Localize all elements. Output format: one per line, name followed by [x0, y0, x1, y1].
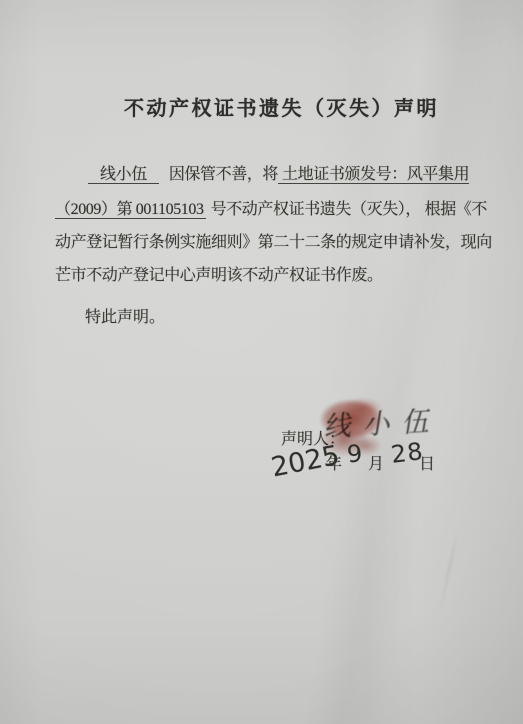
closing-statement: 特此声明。 [85, 304, 165, 327]
body-line-3: 动产登记暂行条例实施细则》第二十二条的规定申请补发，现向 [55, 229, 492, 252]
handwritten-month: 9 [346, 439, 364, 468]
body-line-4: 芒市不动产登记中心声明该不动产权证书作废。 [55, 262, 383, 285]
document-title: 不动产权证书遗失（灭失）声明 [40, 92, 523, 121]
certificate-ref-underlined: 土地证书颁发号：风平集用 [278, 166, 469, 184]
body-line-2: （2009）第 001105103号不动产权证书遗失（灭失）， 根据《不 [55, 196, 487, 219]
year-label: 年 [326, 451, 342, 474]
month-label: 月 [368, 451, 384, 474]
certificate-number-underlined: （2009）第 001105103 [55, 201, 206, 219]
body-line-1: 线小伍因保管不善，将土地证书颁发号：风平集用 [55, 161, 469, 184]
paper-crease [438, 531, 459, 615]
handwritten-signature: 线小伍 [323, 399, 446, 445]
body-line-1-text: 因保管不善，将 [169, 166, 278, 183]
day-label: 日 [419, 451, 435, 474]
declarant-name-underlined: 线小伍 [88, 166, 159, 184]
document-page: 不动产权证书遗失（灭失）声明 线小伍因保管不善，将土地证书颁发号：风平集用 （2… [0, 0, 523, 724]
body-line-2-text: 号不动产权证书遗失（灭失）， 根据《不 [211, 201, 487, 218]
